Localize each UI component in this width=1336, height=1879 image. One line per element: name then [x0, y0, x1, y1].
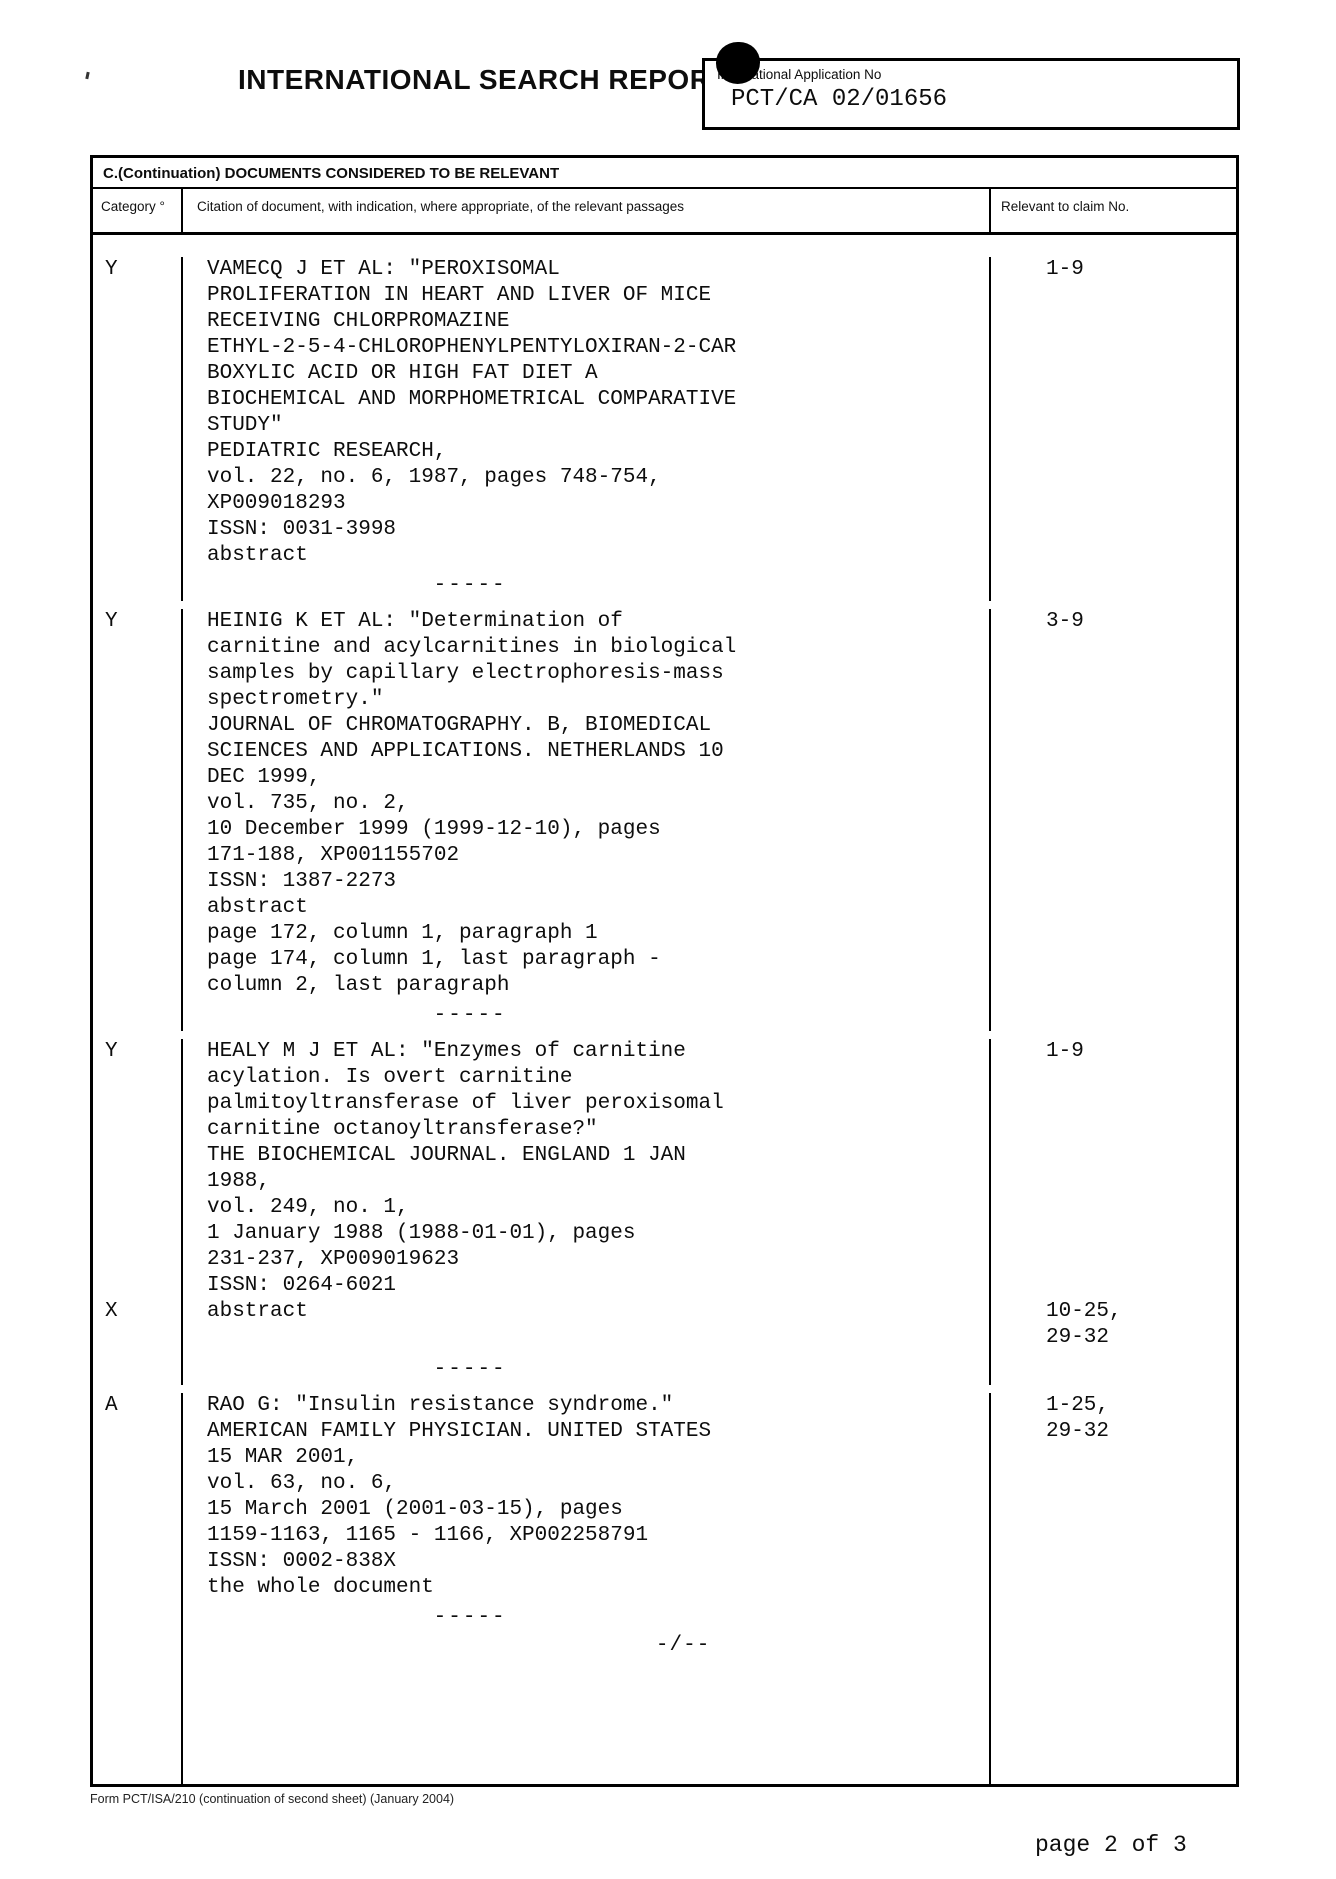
entry-separator: ----- — [207, 1003, 733, 1029]
citation-cell: VAMECQ J ET AL: "PEROXISOMAL PROLIFERATI… — [181, 257, 989, 601]
application-number-label: International Application No — [705, 61, 1237, 82]
category-cell: Y — [93, 609, 181, 1031]
table-filler-row — [93, 1659, 1236, 1784]
ink-blot-mark — [716, 42, 760, 84]
page-title: INTERNATIONAL SEARCH REPORT — [238, 64, 728, 96]
citation-text: HEINIG K ET AL: "Determination of carnit… — [207, 609, 981, 999]
category-cell: Y — [93, 257, 181, 601]
citation-cell — [181, 1659, 989, 1784]
table-row: Y HEINIG K ET AL: "Determination of carn… — [93, 601, 1236, 1031]
page-number-label: page 2 of 3 — [1035, 1832, 1187, 1858]
application-number-value: PCT/CA 02/01656 — [705, 82, 1237, 113]
citation-text: VAMECQ J ET AL: "PEROXISOMAL PROLIFERATI… — [207, 257, 981, 569]
table-header-row: Category ° Citation of document, with in… — [93, 189, 1236, 235]
entry-separator: ----- — [207, 1605, 733, 1631]
table-row: A RAO G: "Insulin resistance syndrome." … — [93, 1385, 1236, 1659]
citation-cell: abstract ----- — [181, 1299, 989, 1385]
documents-table: C.(Continuation) DOCUMENTS CONSIDERED TO… — [90, 155, 1239, 1787]
entry-separator: ----- — [207, 573, 733, 599]
column-header-claims: Relevant to claim No. — [989, 189, 1236, 232]
table-row: X abstract ----- 10-25, 29-32 — [93, 1299, 1236, 1385]
application-number-box: International Application No PCT/CA 02/0… — [702, 58, 1240, 130]
claims-cell — [989, 1659, 1236, 1784]
entry-separator: ----- — [207, 1357, 733, 1383]
table-body: Y VAMECQ J ET AL: "PEROXISOMAL PROLIFERA… — [93, 235, 1236, 1784]
citation-cell: HEINIG K ET AL: "Determination of carnit… — [181, 609, 989, 1031]
continuation-mark: -/-- — [656, 1633, 981, 1659]
category-cell: Y — [93, 1039, 181, 1299]
category-cell: A — [93, 1393, 181, 1659]
claims-cell: 10-25, 29-32 — [989, 1299, 1236, 1385]
table-row: Y HEALY M J ET AL: "Enzymes of carnitine… — [93, 1031, 1236, 1299]
claims-cell: 1-25, 29-32 — [989, 1393, 1236, 1659]
scan-speck — [85, 72, 89, 79]
column-header-category: Category ° — [93, 189, 181, 232]
citation-text: HEALY M J ET AL: "Enzymes of carnitine a… — [207, 1039, 981, 1299]
citation-text: RAO G: "Insulin resistance syndrome." AM… — [207, 1393, 981, 1601]
category-cell: X — [93, 1299, 181, 1385]
table-row: Y VAMECQ J ET AL: "PEROXISOMAL PROLIFERA… — [93, 235, 1236, 601]
form-identifier-note: Form PCT/ISA/210 (continuation of second… — [90, 1792, 454, 1806]
column-header-citation: Citation of document, with indication, w… — [181, 189, 989, 232]
continuation-section-title: C.(Continuation) DOCUMENTS CONSIDERED TO… — [93, 158, 1236, 189]
scanned-document-page: INTERNATIONAL SEARCH REPORT Internationa… — [0, 0, 1336, 1879]
citation-cell: HEALY M J ET AL: "Enzymes of carnitine a… — [181, 1039, 989, 1299]
citation-cell: RAO G: "Insulin resistance syndrome." AM… — [181, 1393, 989, 1659]
category-cell — [93, 1659, 181, 1784]
claims-cell: 3-9 — [989, 609, 1236, 1031]
citation-text: abstract — [207, 1299, 981, 1325]
claims-cell: 1-9 — [989, 257, 1236, 601]
claims-cell: 1-9 — [989, 1039, 1236, 1299]
